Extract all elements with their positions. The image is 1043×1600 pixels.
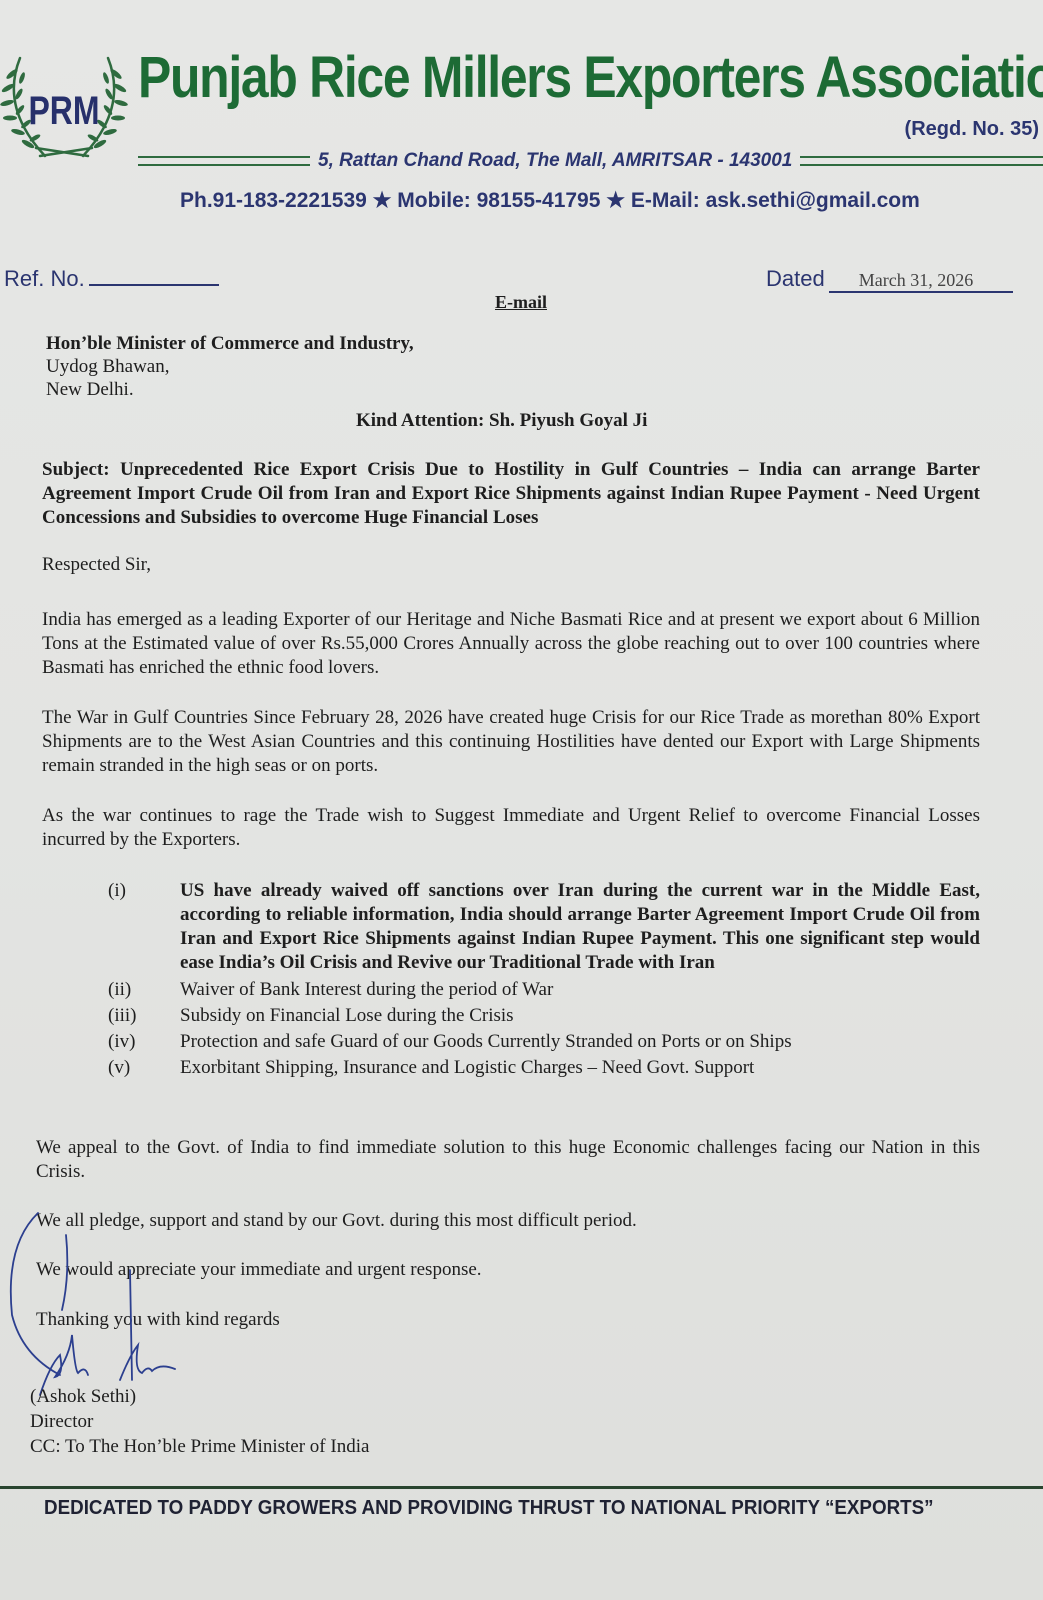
appeal-paragraph: We appeal to the Govt. of India to find … — [36, 1136, 980, 1184]
divider — [138, 156, 310, 166]
recipient-city: New Delhi. — [46, 378, 414, 401]
list-number: (ii) — [108, 977, 180, 1003]
signatory-name: (Ashok Sethi) — [30, 1384, 369, 1409]
footer-divider — [0, 1486, 1043, 1489]
paragraph: As the war continues to rage the Trade w… — [42, 804, 980, 852]
ref-label: Ref. No. — [4, 266, 85, 291]
paragraph: India has emerged as a leading Exporter … — [42, 608, 980, 680]
signatory-block: (Ashok Sethi) Director CC: To The Hon’bl… — [30, 1384, 369, 1459]
organization-name: Punjab Rice Millers Exporters Associatio… — [138, 44, 1043, 111]
recipient-building: Uydog Bhawan, — [46, 355, 414, 378]
recipient-address: Hon’ble Minister of Commerce and Industr… — [46, 332, 414, 401]
date-line: DatedMarch 31, 2026 — [766, 266, 1013, 293]
subject: Subject: Unprecedented Rice Export Crisi… — [42, 458, 980, 530]
list-number: (i) — [108, 879, 180, 975]
demands-list: (i) US have already waived off sanctions… — [108, 879, 980, 1081]
date-value: March 31, 2026 — [829, 270, 1013, 293]
reference-number: Ref. No. — [4, 266, 219, 292]
list-number: (v) — [108, 1055, 180, 1081]
letter-page: PRM Punjab Rice Millers Exporters Associ… — [0, 0, 1043, 1600]
list-number: (iv) — [108, 1029, 180, 1055]
laurel-wreath-icon: PRM — [0, 48, 128, 168]
list-text: US have already waived off sanctions ove… — [180, 879, 980, 975]
recipient-title: Hon’ble Minister of Commerce and Industr… — [46, 332, 414, 355]
list-text: Subsidy on Financial Lose during the Cri… — [180, 1003, 980, 1029]
list-item: (iii) Subsidy on Financial Lose during t… — [108, 1003, 980, 1029]
attention-line: Kind Attention: Sh. Piyush Goyal Ji — [356, 410, 647, 432]
signatory-title: Director — [30, 1409, 369, 1434]
list-number: (iii) — [108, 1003, 180, 1029]
registration-number: (Regd. No. 35) — [905, 118, 1039, 141]
contact-line: Ph.91-183-2221539 ★ Mobile: 98155-41795 … — [180, 188, 920, 213]
address-row: 5, Rattan Chand Road, The Mall, AMRITSAR… — [138, 148, 1043, 174]
svg-text:PRM: PRM — [28, 88, 99, 133]
delivery-mode: E-mail — [495, 292, 547, 313]
list-item: (v) Exorbitant Shipping, Insurance and L… — [108, 1055, 980, 1081]
ref-value-field — [89, 284, 219, 286]
list-item: (iv) Protection and safe Guard of our Go… — [108, 1029, 980, 1055]
address: 5, Rattan Chand Road, The Mall, AMRITSAR… — [310, 150, 800, 172]
footer-motto: DEDICATED TO PADDY GROWERS AND PROVIDING… — [44, 1497, 934, 1520]
paragraph: The War in Gulf Countries Since February… — [42, 706, 980, 778]
list-item: (i) US have already waived off sanctions… — [108, 879, 980, 975]
salutation: Respected Sir, — [42, 553, 980, 577]
list-text: Protection and safe Guard of our Goods C… — [180, 1029, 980, 1055]
dated-label: Dated — [766, 266, 825, 291]
signature-icon — [0, 1205, 200, 1405]
list-text: Waiver of Bank Interest during the perio… — [180, 977, 980, 1003]
divider — [800, 156, 1043, 166]
list-item: (ii) Waiver of Bank Interest during the … — [108, 977, 980, 1003]
list-text: Exorbitant Shipping, Insurance and Logis… — [180, 1055, 980, 1081]
cc-line: CC: To The Hon’ble Prime Minister of Ind… — [30, 1434, 369, 1459]
